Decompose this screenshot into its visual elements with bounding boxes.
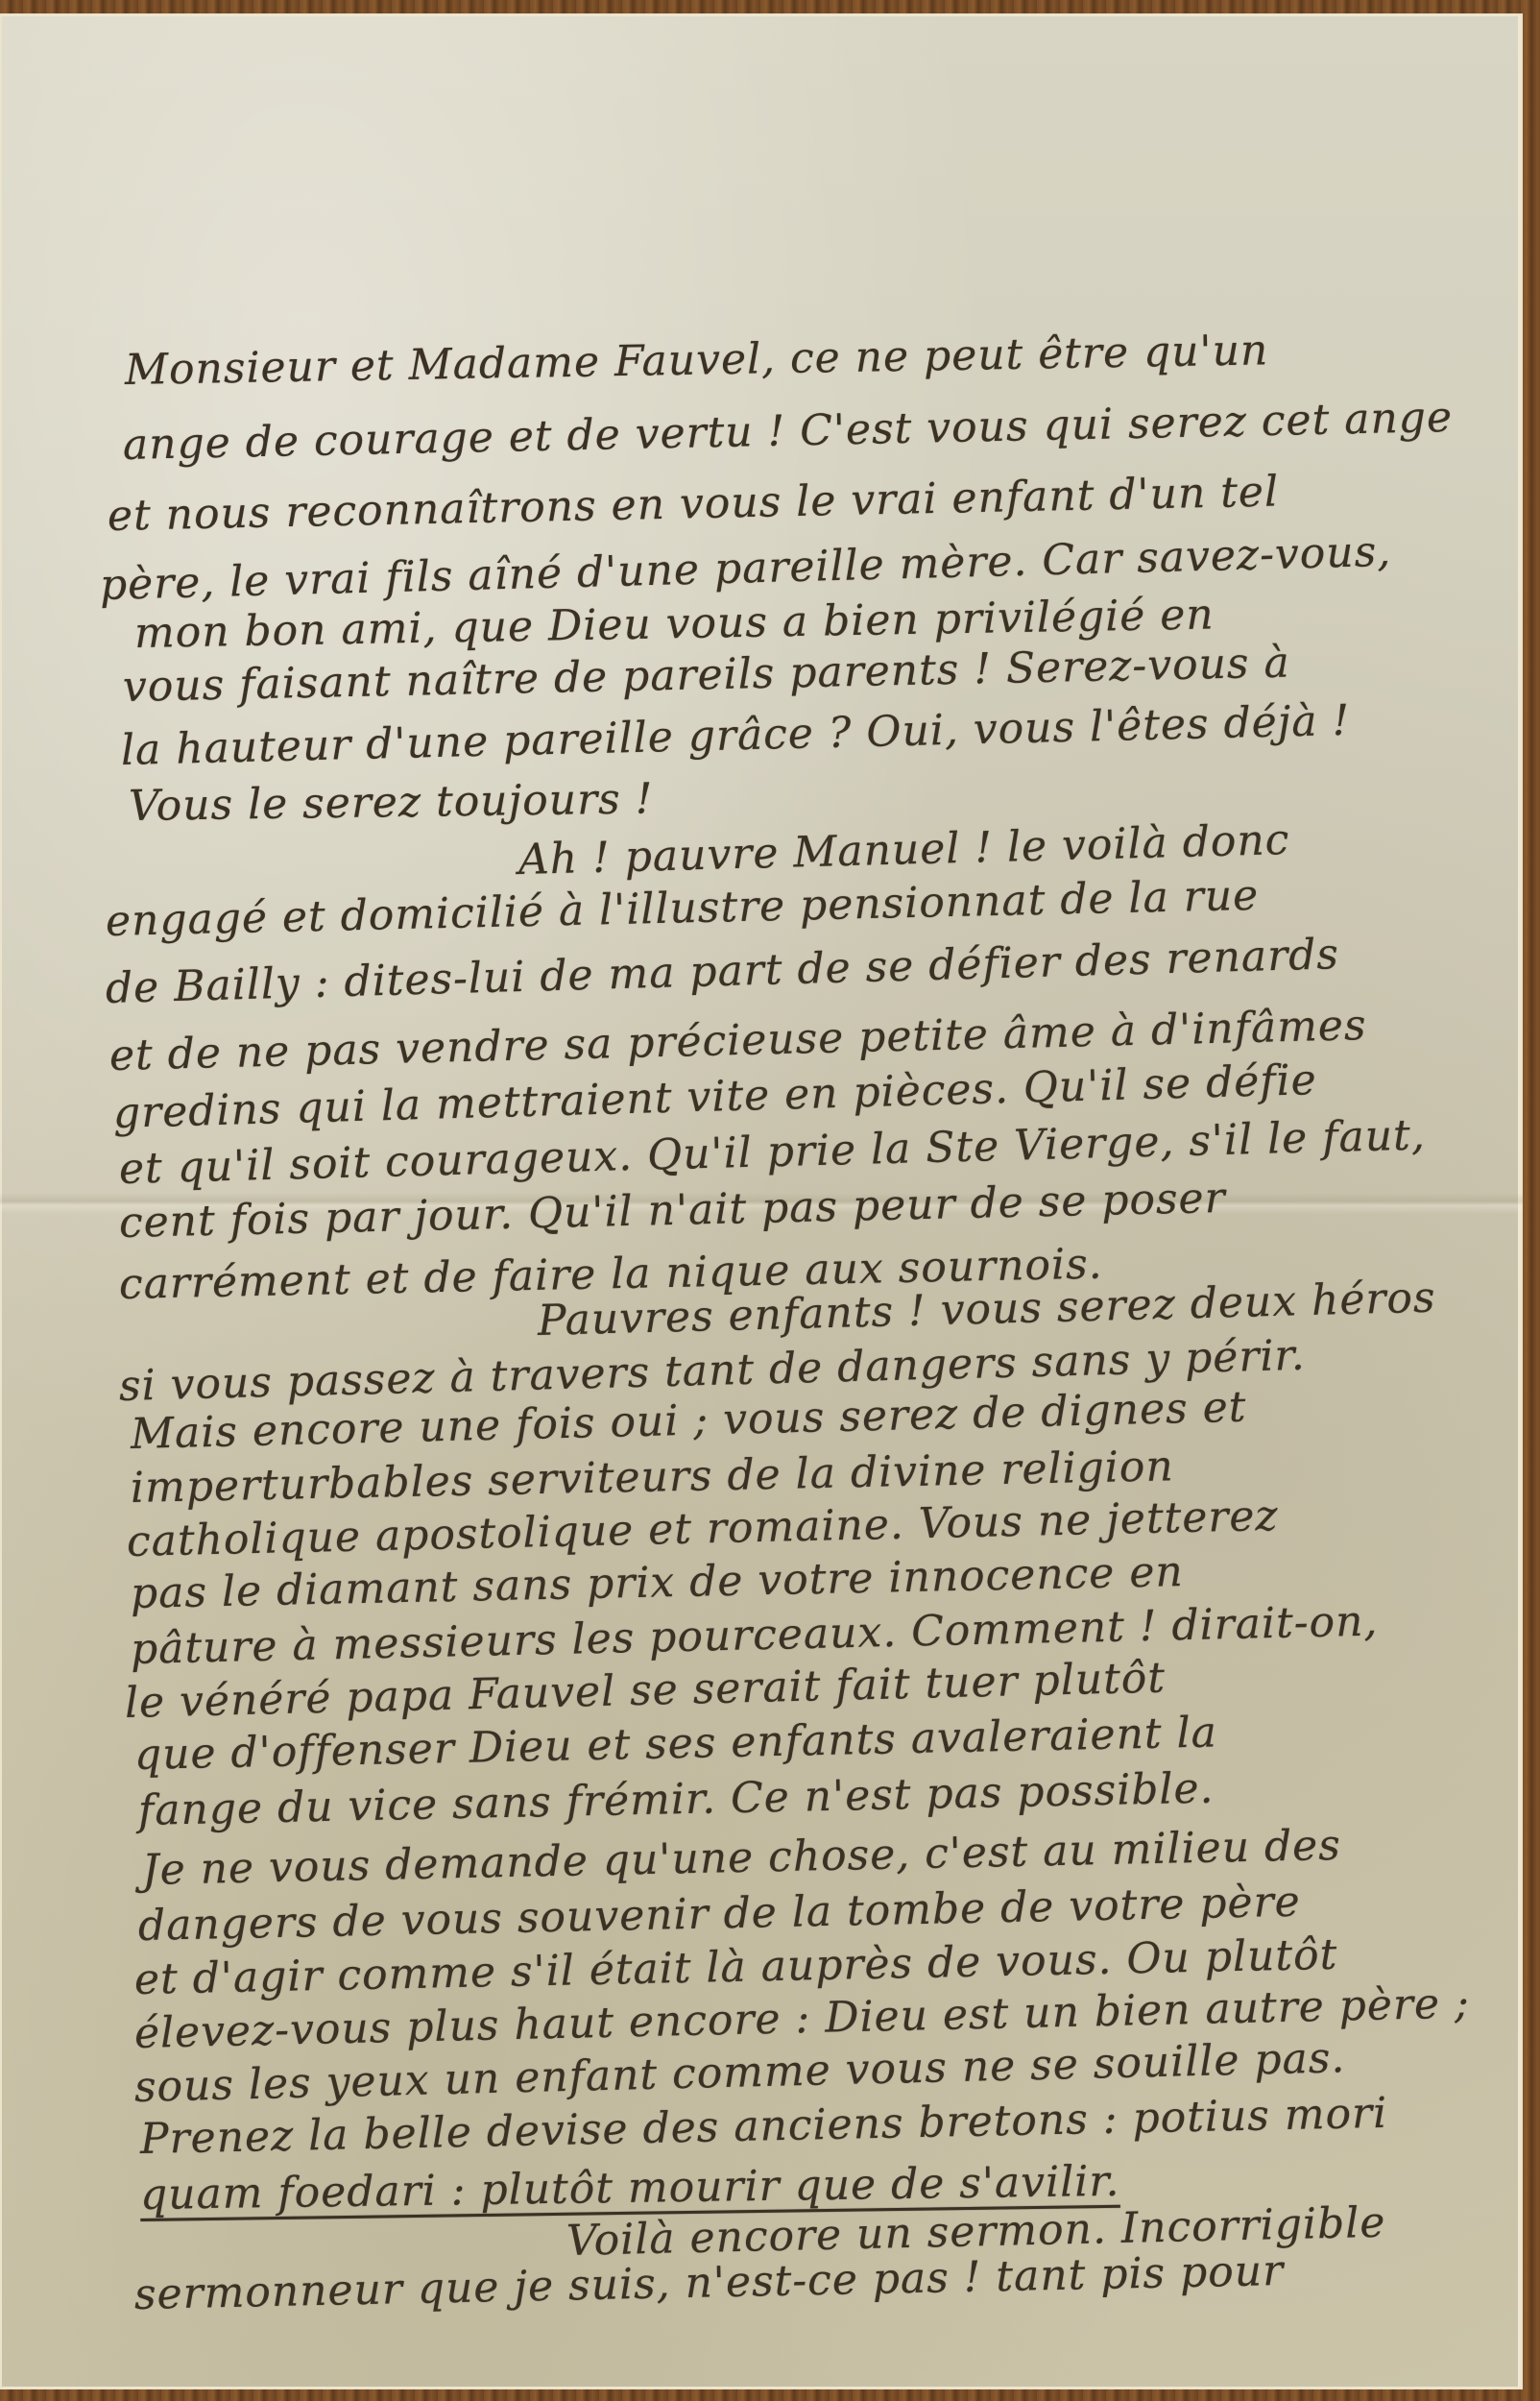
letter-body: Monsieur et Madame Fauvel, ce ne peut êt… (0, 13, 1523, 2389)
letter-line: ange de courage et de vertu ! C'est vous… (122, 393, 1453, 470)
letter-line: engagé et domicilié à l'illustre pension… (105, 871, 1259, 946)
letter-line: Vous le serez toujours ! (129, 774, 654, 831)
letter-line: et nous reconnaîtrons en vous le vrai en… (107, 467, 1279, 541)
letter-paper: Monsieur et Madame Fauvel, ce ne peut êt… (0, 13, 1523, 2389)
letter-line: de Bailly : dites-lui de ma part de se d… (105, 930, 1339, 1013)
letter-line: la hauteur d'une pareille grâce ? Oui, v… (120, 696, 1350, 775)
letter-line: Monsieur et Madame Fauvel, ce ne peut êt… (125, 326, 1269, 395)
